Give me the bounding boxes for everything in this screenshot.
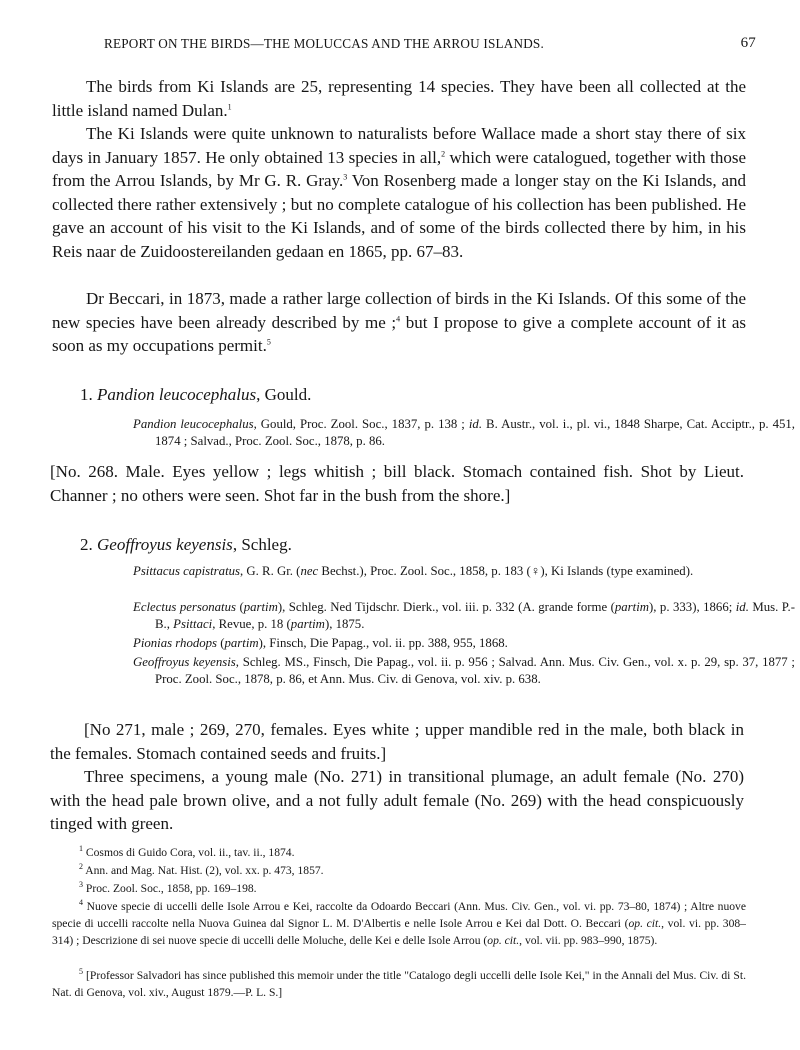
specimen-notes-2: [No 271, male ; 269, 270, females. Eyes … bbox=[50, 718, 744, 765]
intro-paragraph-2: The Ki Islands were quite unknown to nat… bbox=[52, 122, 746, 263]
specimen-notes-1: [No. 268. Male. Eyes yellow ; legs whiti… bbox=[50, 460, 744, 507]
footnote-1: 1 Cosmos di Guido Cora, vol. ii., tav. i… bbox=[52, 844, 746, 861]
footnote-ref: 1 bbox=[228, 102, 232, 111]
species-heading-1: 1. Pandion leucocephalus, Gould. bbox=[80, 385, 311, 405]
intro-paragraph-1: The birds from Ki Islands are 25, repres… bbox=[52, 75, 746, 122]
footnote-ref: 5 bbox=[267, 337, 271, 346]
synonymy-entry: Eclectus personatus (partim), Schleg. Ne… bbox=[133, 599, 795, 633]
species-name: Geoffroyus keyensis bbox=[97, 535, 233, 554]
footnote-2: 2 Ann. and Mag. Nat. Hist. (2), vol. xx.… bbox=[52, 862, 746, 879]
footnote-4: 4 Nuove specie di uccelli delle Isole Ar… bbox=[52, 898, 746, 949]
specimen-description-2: Three specimens, a young male (No. 271) … bbox=[50, 765, 744, 836]
synonymy-entry: Geoffroyus keyensis, Schleg. MS., Finsch… bbox=[133, 654, 795, 688]
page-number: 67 bbox=[741, 35, 756, 52]
synonymy-entry: Pionias rhodops (partim), Finsch, Die Pa… bbox=[133, 635, 795, 652]
running-title: REPORT ON THE BIRDS—THE MOLUCCAS AND THE… bbox=[104, 36, 544, 52]
book-page: REPORT ON THE BIRDS—THE MOLUCCAS AND THE… bbox=[0, 0, 800, 1050]
footnote-5: 5 [Professor Salvadori has since publish… bbox=[52, 967, 746, 1001]
species-heading-2: 2. Geoffroyus keyensis, Schleg. bbox=[80, 535, 292, 555]
synonymy-entry: Psittacus capistratus, G. R. Gr. (nec Be… bbox=[133, 563, 795, 580]
footnote-3: 3 Proc. Zool. Soc., 1858, pp. 169–198. bbox=[52, 880, 746, 897]
intro-paragraph-3: Dr Beccari, in 1873, made a rather large… bbox=[52, 287, 746, 358]
species-name: Pandion leucocephalus bbox=[97, 385, 256, 404]
synonymy-entry: Pandion leucocephalus, Gould, Proc. Zool… bbox=[133, 416, 795, 450]
